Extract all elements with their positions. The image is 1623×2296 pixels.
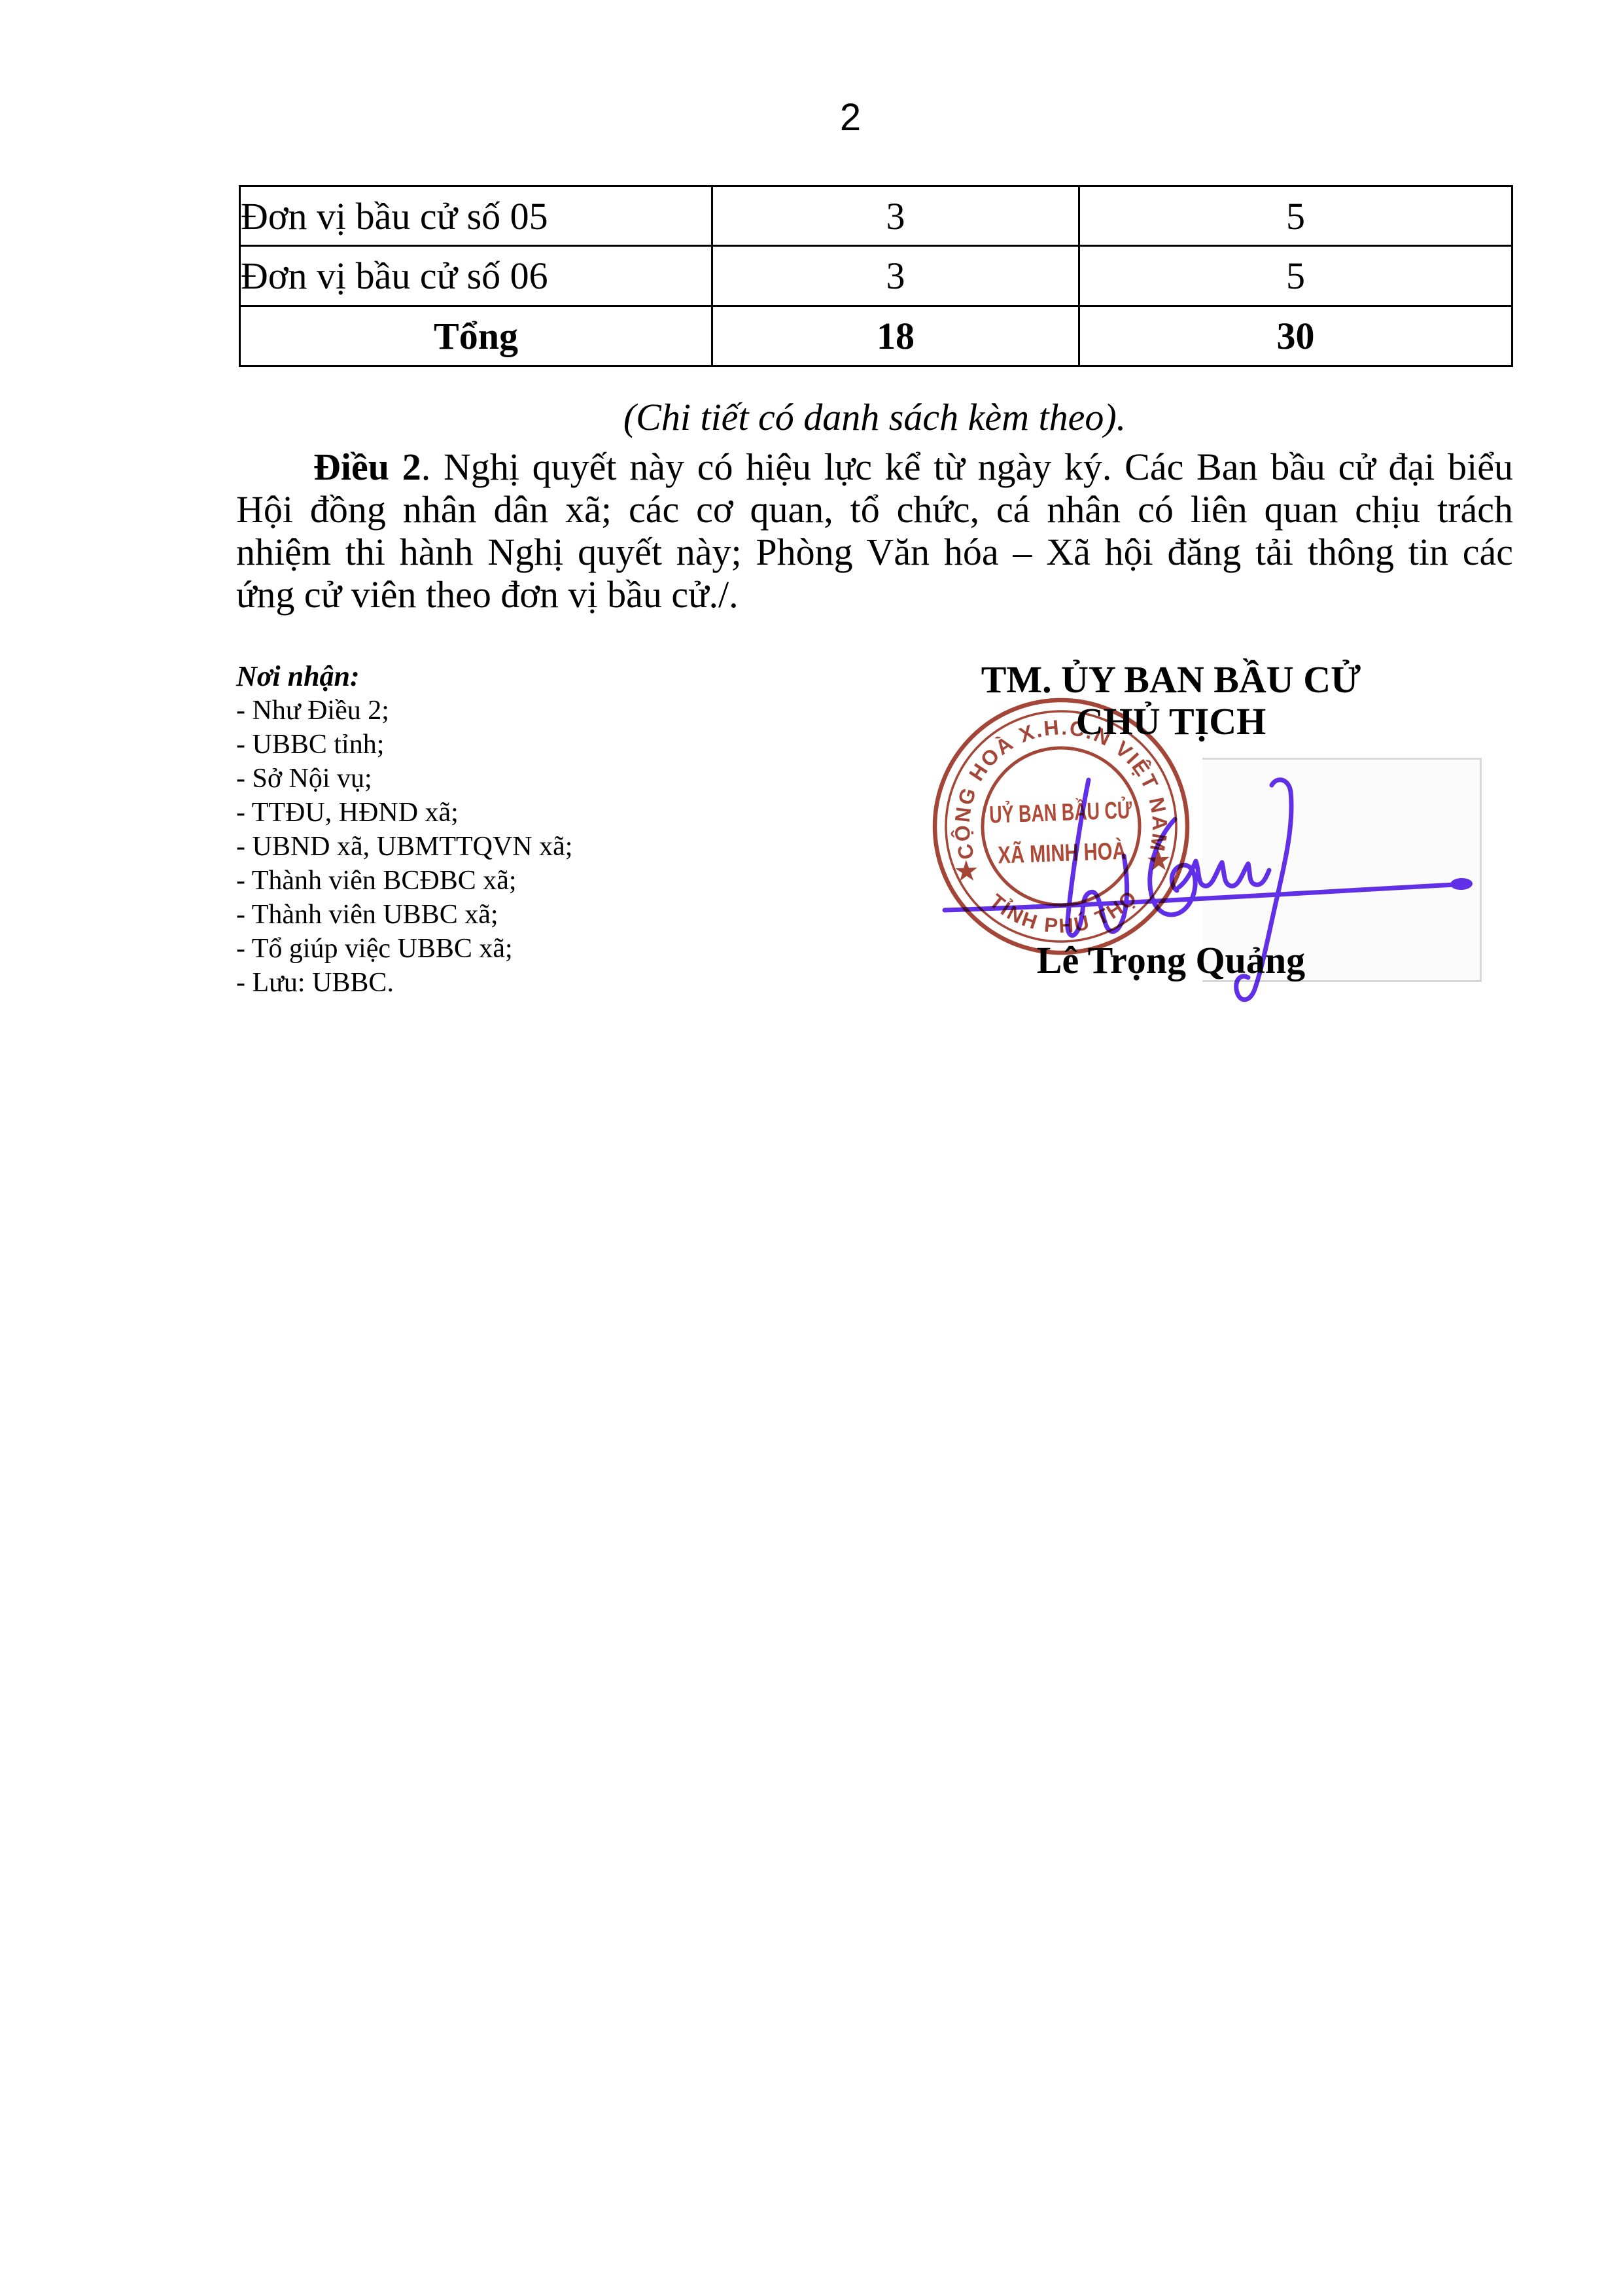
stamp-org-line1: UỶ BAN BẦU CỬ — [989, 796, 1133, 828]
stamp-star-left-icon: ★ — [953, 855, 980, 887]
article-2-paragraph: Điều 2. Nghị quyết này có hiệu lực kể từ… — [236, 446, 1513, 616]
recipient-item: - TTĐU, HĐND xã; — [236, 796, 825, 830]
recipient-item: - UBBC tỉnh; — [236, 728, 825, 762]
recipient-item: - Lưu: UBBC. — [236, 966, 825, 1000]
unit-name-cell: Đơn vị bầu cử số 05 — [240, 186, 712, 246]
recipient-item: - Thành viên BCĐBC xã; — [236, 864, 825, 898]
recipients-block: Nơi nhận: - Như Điều 2; - UBBC tỉnh; - S… — [236, 660, 825, 1000]
seats-cell: 3 — [712, 246, 1079, 306]
election-units-table: Đơn vị bầu cử số 05 3 5 Đơn vị bầu cử số… — [239, 185, 1513, 367]
recipient-item: - UBND xã, UBMTTQVN xã; — [236, 830, 825, 864]
stamp-star-right-icon: ★ — [1145, 844, 1172, 877]
stamp-arc-bottom-text: TỈNH PHÚ THỌ — [985, 885, 1143, 940]
candidates-cell: 5 — [1079, 186, 1512, 246]
signer-name: Lê Trọng Quảng — [877, 942, 1465, 980]
total-candidates-cell: 30 — [1079, 306, 1512, 366]
table-caption: (Chi tiết có danh sách kèm theo). — [236, 397, 1513, 438]
candidates-cell: 5 — [1079, 246, 1512, 306]
recipient-item: - Như Điều 2; — [236, 694, 825, 728]
table-row: Đơn vị bầu cử số 06 3 5 — [240, 246, 1512, 306]
paragraph-line: nhiệm thi hành Nghị quyết này; Phòng Văn… — [236, 531, 1513, 573]
paragraph-line: ứng cử viên theo đơn vị bầu cử./. — [236, 573, 1513, 616]
page-number: 2 — [654, 98, 1047, 137]
unit-name-cell: Đơn vị bầu cử số 06 — [240, 246, 712, 306]
seats-cell: 3 — [712, 186, 1079, 246]
signer-title: CHỦ TỊCH — [877, 703, 1465, 740]
recipient-item: - Sở Nội vụ; — [236, 762, 825, 796]
document-page: 2 Đơn vị bầu cử số 05 3 5 Đơn vị bầu cử … — [0, 0, 1623, 2296]
total-seats-cell: 18 — [712, 306, 1079, 366]
article-label: Điều 2 — [313, 446, 421, 488]
table-total-row: Tổng 18 30 — [240, 306, 1512, 366]
recipients-header: Nơi nhận: — [236, 660, 825, 694]
total-label-cell: Tổng — [240, 306, 712, 366]
signing-authority: TM. ỦY BAN BẦU CỬ — [877, 661, 1465, 698]
stamp-middle-ring — [942, 707, 1180, 945]
paragraph-text: . Nghị quyết này có hiệu lực kể từ ngày … — [421, 446, 1513, 488]
paragraph-line: Hội đồng nhân dân xã; các cơ quan, tổ ch… — [236, 488, 1513, 531]
stamp-org-line2: XÃ MINH HOÀ — [998, 837, 1126, 869]
paragraph-line: Điều 2. Nghị quyết này có hiệu lực kể từ… — [236, 446, 1513, 488]
recipient-item: - Tổ giúp việc UBBC xã; — [236, 932, 825, 966]
table-row: Đơn vị bầu cử số 05 3 5 — [240, 186, 1512, 246]
recipient-item: - Thành viên UBBC xã; — [236, 898, 825, 932]
